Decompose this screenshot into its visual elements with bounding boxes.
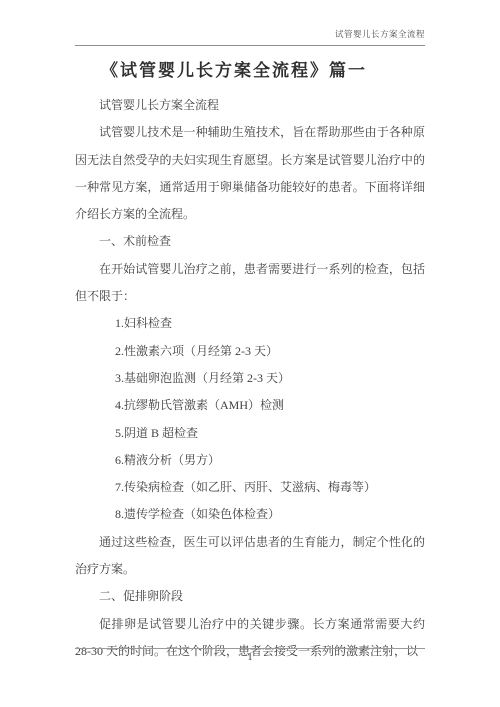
- footer-divider: [75, 648, 425, 649]
- document-title: 《试管婴儿长方案全流程》篇一: [75, 59, 445, 83]
- checklist-item-3: 3.基础卵泡监测（月经第 2-3 天）: [75, 365, 425, 392]
- checklist-item-6: 6.精液分析（男方）: [75, 447, 425, 474]
- intro-paragraph: 试管婴儿技术是一种辅助生殖技术，旨在帮助那些由于各种原因无法自然受孕的夫妇实现生…: [75, 119, 425, 228]
- page-number: 1: [0, 650, 500, 664]
- subtitle-paragraph: 试管婴儿长方案全流程: [75, 92, 425, 119]
- checklist-item-4: 4.抗缪勒氏管激素（AMH）检测: [75, 392, 425, 419]
- header-divider: [75, 45, 425, 46]
- checklist-item-2: 2.性激素六项（月经第 2-3 天）: [75, 338, 425, 365]
- checklist-item-5: 5.阴道 B 超检查: [75, 420, 425, 447]
- checklist-item-8: 8.遗传学检查（如染色体检查）: [75, 501, 425, 528]
- section1-intro-paragraph: 在开始试管婴儿治疗之前，患者需要进行一系列的检查，包括但不限于：: [75, 256, 425, 311]
- checklist-item-7: 7.传染病检查（如乙肝、丙肝、艾滋病、梅毒等）: [75, 474, 425, 501]
- section1-heading: 一、术前检查: [75, 228, 425, 255]
- checklist-item-1: 1.妇科检查: [75, 310, 425, 337]
- section1-summary-paragraph: 通过这些检查，医生可以评估患者的生育能力，制定个性化的治疗方案。: [75, 529, 425, 584]
- document-body: 试管婴儿长方案全流程 试管婴儿技术是一种辅助生殖技术，旨在帮助那些由于各种原因无…: [75, 92, 425, 665]
- section2-heading: 二、促排卵阶段: [75, 583, 425, 610]
- document-page: { "header": { "title": "试管婴儿长方案全流程" }, "…: [0, 0, 500, 707]
- running-header: 试管婴儿长方案全流程: [335, 28, 425, 40]
